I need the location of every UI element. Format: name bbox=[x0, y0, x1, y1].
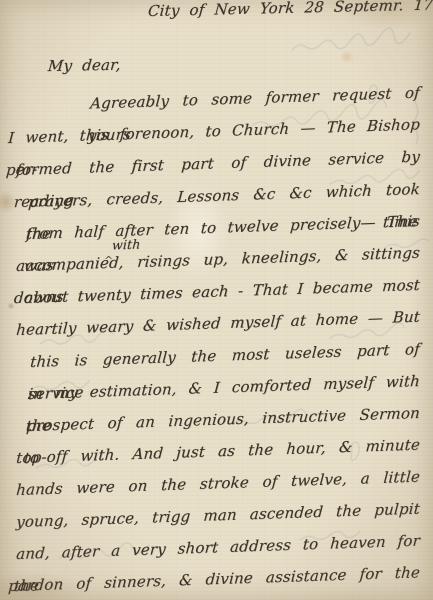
inserted-word: with bbox=[111, 236, 141, 252]
letter-body: Agreeably to some former request of your… bbox=[16, 90, 420, 600]
insertion-caret: ^ bbox=[104, 254, 113, 267]
letter-page: City of New York 28 Septemr. 1788 My dea… bbox=[0, 0, 433, 600]
salutation: My dear, bbox=[47, 56, 121, 75]
dateline: City of New York 28 Septemr. 1788 bbox=[147, 0, 433, 20]
